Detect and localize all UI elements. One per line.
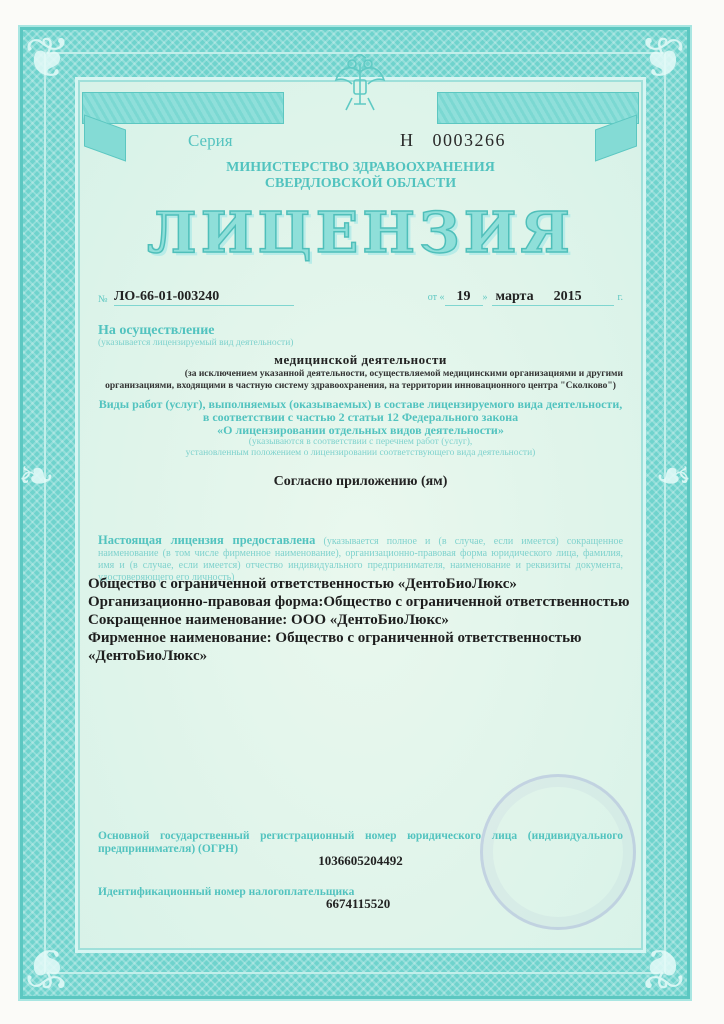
date-month: марта — [496, 289, 534, 304]
coat-of-arms-icon — [332, 54, 388, 114]
date-day: 19 — [445, 289, 483, 306]
document-title: ЛИЦЕНЗИЯ — [80, 200, 641, 266]
license-body: Серия Н 0003266 МИНИСТЕРСТВО ЗДРАВООХРАН… — [78, 80, 643, 950]
date-month-year: марта2015 — [492, 289, 614, 306]
ogrn-section: Основной государственный регистрационный… — [98, 830, 623, 867]
activity-value-section: медицинской деятельности (за исключением… — [98, 352, 623, 392]
works-value: Согласно приложению (ям) — [98, 474, 623, 490]
ribbon-left — [82, 92, 284, 124]
number-sign: № — [98, 294, 108, 305]
license-number: ЛО-66-01-003240 — [114, 289, 294, 306]
side-ornament-icon: ❧ — [655, 455, 692, 499]
grantee-brand-name: Фирменное наименование: Общество с огран… — [88, 629, 633, 647]
grantee-short-name: Сокращенное наименование: ООО «ДентоБиоЛ… — [88, 611, 633, 629]
side-ornament-icon: ❧ — [18, 455, 55, 499]
date-close-quote: » — [483, 292, 488, 303]
license-number-row: № ЛО-66-01-003240 от «19» марта2015г. — [98, 286, 623, 306]
activity-note-1: (за исключением указанной деятельности, … — [98, 368, 623, 380]
activity-section: На осуществление (указывается лицензируе… — [98, 324, 623, 349]
grantee-full-name: Общество с ограниченной ответственностью… — [88, 575, 633, 593]
ministry-line-1: МИНИСТЕРСТВО ЗДРАВООХРАНЕНИЯ — [80, 160, 641, 176]
corner-ornament-icon: ❦ — [24, 31, 71, 87]
issue-date: от «19» марта2015г. — [428, 287, 623, 306]
ribbon-right — [437, 92, 639, 124]
inn-section: Идентификационный номер налогоплательщик… — [98, 886, 623, 898]
issuing-authority: МИНИСТЕРСТВО ЗДРАВООХРАНЕНИЯ СВЕРДЛОВСКО… — [80, 160, 641, 192]
grantee-details: Общество с ограниченной ответственностью… — [88, 575, 633, 665]
activity-value: медицинской деятельности — [98, 352, 623, 368]
grantee-lead: Настоящая лицензия предоставлена — [98, 533, 315, 547]
series-label: Серия — [188, 131, 233, 151]
works-line-3: «О лицензировании отдельных видов деятел… — [98, 424, 623, 437]
date-year: 2015 — [554, 289, 582, 304]
grantee-brand-name-cont: «ДентоБиоЛюкс» — [88, 647, 633, 665]
series-number: Н 0003266 — [400, 130, 506, 151]
corner-ornament-icon: ❦ — [24, 939, 71, 995]
activity-hint: (указывается лицензируемый вид деятельно… — [98, 338, 623, 349]
works-section: Виды работ (услуг), выполняемых (оказыва… — [98, 398, 623, 459]
activity-label: На осуществление — [98, 324, 623, 338]
works-hint-2: установленным положением о лицензировани… — [98, 448, 623, 459]
date-from-label: от « — [428, 292, 445, 303]
date-year-suffix: г. — [618, 292, 623, 303]
works-hint-1: (указываются в соответствии с перечнем р… — [98, 437, 623, 448]
ministry-line-2: СВЕРДЛОВСКОЙ ОБЛАСТИ — [80, 176, 641, 192]
grantee-legal-form: Организационно-правовая форма:Общество с… — [88, 593, 633, 611]
activity-note-2: организациями, входящими в частную систе… — [98, 380, 623, 392]
inn-value: 6674115520 — [326, 896, 390, 912]
corner-ornament-icon: ❦ — [639, 939, 686, 995]
corner-ornament-icon: ❦ — [639, 31, 686, 87]
